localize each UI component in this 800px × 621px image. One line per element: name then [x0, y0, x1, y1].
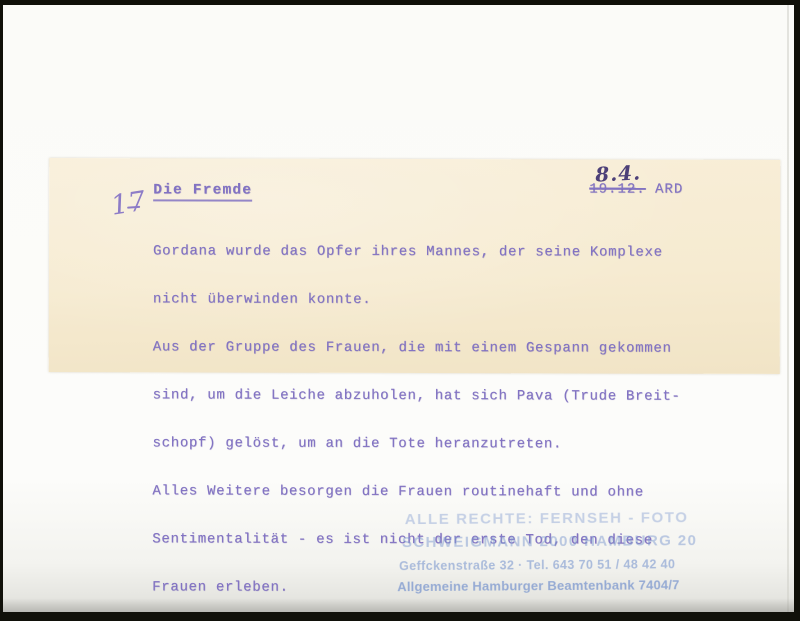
- body-line: Alles Weitere besorgen die Frauen routin…: [152, 483, 680, 500]
- photo-paper-edge: [787, 5, 789, 612]
- stamp-bank-line: Allgemeine Hamburger Beamtenbank 7404/7: [397, 577, 737, 594]
- handwritten-number: 17: [109, 186, 148, 222]
- broadcast-date-line: 19.12. ARD: [589, 181, 683, 197]
- stamp-rights-line: ALLE RECHTE: FERNSEH - FOTO: [405, 509, 737, 528]
- photographer-stamp: ALLE RECHTE: FERNSEH - FOTO SCHWEIGMANN …: [397, 509, 738, 594]
- stamp-name-city-line: SCHWEIGMANN 2000 HAMBURG 20: [402, 532, 737, 551]
- stamp-address-phone-line: Geffckenstraße 32 · Tel. 643 70 51 / 48 …: [399, 557, 737, 573]
- caption-strip: 17 Die Fremde 8.4. 19.12. ARD Gordana wu…: [49, 158, 781, 374]
- photo-back-scan: 17 Die Fremde 8.4. 19.12. ARD Gordana wu…: [0, 0, 800, 621]
- photo-paper: 17 Die Fremde 8.4. 19.12. ARD Gordana wu…: [3, 5, 794, 612]
- struck-date: 19.12.: [589, 181, 645, 197]
- note-title: Die Fremde: [153, 182, 252, 201]
- body-line: Aus der Gruppe des Frauen, die mit einem…: [153, 339, 681, 356]
- body-line: schopf) gelöst, um an die Tote heranzutr…: [153, 435, 681, 452]
- channel-label: [646, 182, 655, 198]
- body-line: nicht überwinden konnte.: [153, 291, 681, 308]
- channel-name: ARD: [655, 182, 683, 198]
- body-line: sind, um die Leiche abzuholen, hat sich …: [153, 387, 681, 404]
- body-line: Gordana wurde das Opfer ihres Mannes, de…: [153, 243, 681, 260]
